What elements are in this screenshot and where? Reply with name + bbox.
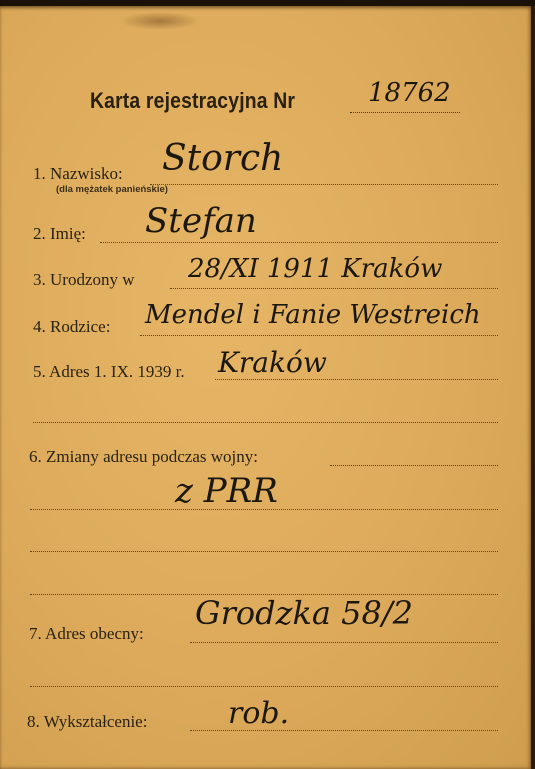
field-current-address-line [190,642,498,643]
field-firstname-line [100,242,498,243]
field-parents-line [140,335,498,336]
field-birth-line [170,288,498,289]
field-surname-label: 1. Nazwisko: [33,164,123,184]
field-surname-sublabel: (dla mężatek panieńskie) [56,184,168,195]
field-address-changes-line-3 [30,551,498,552]
field-current-address-value: Grodzka 58/2 [195,594,413,632]
field-birth-value: 28/XI 1911 Kraków [188,254,442,284]
field-current-address-line-2 [30,686,498,687]
field-education-label: 8. Wykształcenie: [27,712,147,732]
field-parents-value: Mendel i Fanie Westreich [145,300,481,330]
field-address-1939-line-2 [33,422,498,423]
card-number: 18762 [368,78,451,108]
card-title: Karta rejestracyjna Nr [90,88,295,114]
field-address-1939-label: 5. Adres 1. IX. 1939 r. [33,362,185,382]
field-surname-value: Storch [162,138,283,179]
field-address-1939-line [215,379,498,380]
field-address-changes-label: 6. Zmiany adresu podczas wojny: [29,447,258,467]
field-education-value: rob. [228,696,289,731]
field-firstname-value: Stefan [145,201,257,241]
registration-card: Karta rejestracyjna Nr 18762 1. Nazwisko… [0,6,533,769]
field-address-changes-line [330,465,498,466]
field-birth-label: 3. Urodzony w [33,270,135,290]
field-current-address-label: 7. Adres obecny: [29,624,144,644]
field-address-1939-value: Kraków [218,346,327,379]
field-firstname-label: 2. Imię: [33,224,86,244]
field-parents-label: 4. Rodzice: [33,317,110,337]
card-number-line [350,112,460,113]
card-edge-shadow [531,6,535,769]
field-surname-line [150,184,498,185]
paper-stain [120,12,200,30]
field-address-changes-value: z PRR [175,471,278,511]
